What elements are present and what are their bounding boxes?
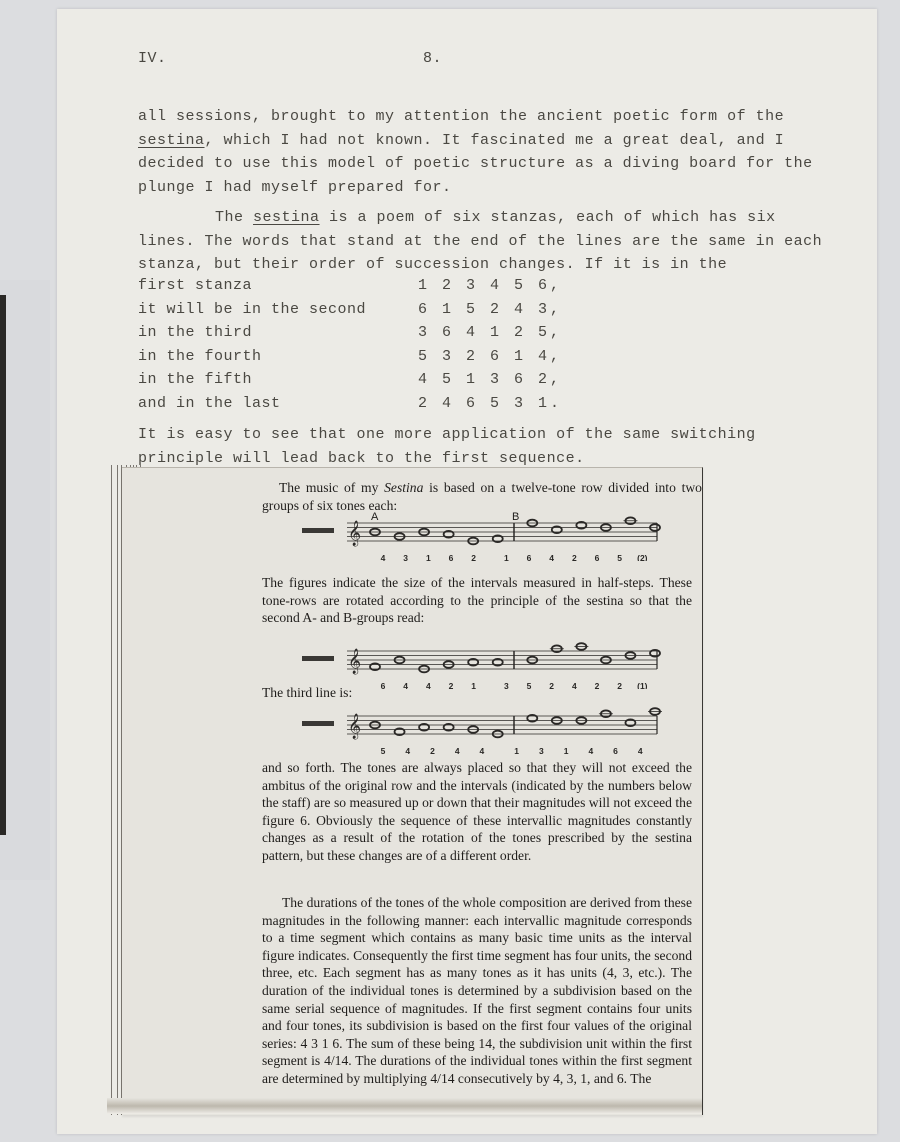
stanza-sequence: 4 5 1 3 6 2, bbox=[418, 371, 562, 388]
svg-text:6: 6 bbox=[527, 553, 532, 561]
svg-text:1: 1 bbox=[426, 553, 431, 561]
svg-text:𝄞: 𝄞 bbox=[348, 713, 361, 739]
stanza-label: in the fifth bbox=[138, 371, 252, 388]
svg-text:1: 1 bbox=[504, 553, 509, 561]
svg-text:6: 6 bbox=[449, 553, 454, 561]
svg-text:4: 4 bbox=[480, 746, 485, 754]
stanza-label: in the third bbox=[138, 324, 252, 341]
stanza-sequence: 6 1 5 2 4 3, bbox=[418, 301, 562, 318]
svg-text:2: 2 bbox=[430, 746, 435, 754]
stanza-label: it will be in the second bbox=[138, 301, 366, 318]
svg-text:B: B bbox=[512, 511, 519, 523]
underlined-term: sestina bbox=[253, 209, 320, 226]
svg-text:𝄞: 𝄞 bbox=[348, 648, 361, 674]
paragraph-text: The bbox=[215, 209, 253, 226]
stanza-sequence: 5 3 2 6 1 4, bbox=[418, 348, 562, 365]
stanza-sequence: 1 2 3 4 5 6, bbox=[418, 277, 562, 294]
third-line-label: The third line is: bbox=[262, 684, 692, 702]
svg-text:6: 6 bbox=[613, 746, 618, 754]
clipping-intro: The music of my Sestina is based on a tw… bbox=[262, 479, 702, 514]
svg-text:A: A bbox=[371, 511, 379, 523]
durations-text: The durations of the tones of the whole … bbox=[262, 895, 692, 1086]
intro-text: The music of my bbox=[262, 480, 384, 495]
svg-text:4: 4 bbox=[381, 553, 386, 561]
svg-text:4: 4 bbox=[588, 746, 593, 754]
background-surface bbox=[0, 280, 50, 880]
svg-text:1: 1 bbox=[514, 746, 519, 754]
clipping-durations-text: The durations of the tones of the whole … bbox=[262, 894, 692, 1088]
typed-paragraph-1: all sessions, brought to my attention th… bbox=[138, 105, 838, 199]
svg-text:6: 6 bbox=[595, 553, 600, 561]
typed-paragraph-2: The sestina is a poem of six stanzas, ea… bbox=[138, 206, 838, 277]
svg-text:𝄞: 𝄞 bbox=[348, 520, 361, 546]
music-example-3: 𝄞54244131464 bbox=[302, 704, 672, 754]
clipping-forth-text: and so forth. The tones are always place… bbox=[262, 759, 692, 865]
paragraph-text: , which I had not known. It fascinated m… bbox=[138, 132, 813, 196]
typed-paragraph-3: It is easy to see that one more applicat… bbox=[138, 423, 838, 470]
svg-text:2: 2 bbox=[471, 553, 476, 561]
music-example-2: 𝄞64421352422(1) bbox=[302, 639, 672, 689]
clipping-fold-shadow bbox=[107, 1098, 702, 1114]
svg-text:3: 3 bbox=[539, 746, 544, 754]
chapter-number: IV. bbox=[138, 50, 167, 67]
svg-text:1: 1 bbox=[564, 746, 569, 754]
svg-text:4: 4 bbox=[638, 746, 643, 754]
svg-text:(2): (2) bbox=[637, 553, 648, 561]
paragraph-text: all sessions, brought to my attention th… bbox=[138, 108, 784, 125]
svg-text:5: 5 bbox=[617, 553, 622, 561]
svg-text:5: 5 bbox=[381, 746, 386, 754]
stanza-sequence: 3 6 4 1 2 5, bbox=[418, 324, 562, 341]
svg-text:4: 4 bbox=[455, 746, 460, 754]
svg-text:4: 4 bbox=[549, 553, 554, 561]
stanza-label: and in the last bbox=[138, 395, 281, 412]
svg-text:4: 4 bbox=[405, 746, 410, 754]
music-example-1: 𝄞AB43162164265(2) bbox=[302, 511, 672, 561]
italic-title: Sestina bbox=[384, 480, 423, 495]
clipping-figures-text: The figures indicate the size of the int… bbox=[262, 574, 692, 627]
svg-text:3: 3 bbox=[403, 553, 408, 561]
printed-clipping: The music of my Sestina is based on a tw… bbox=[122, 467, 703, 1115]
stanza-sequence: 2 4 6 5 3 1. bbox=[418, 395, 562, 412]
stanza-label: in the fourth bbox=[138, 348, 262, 365]
background-dark-edge bbox=[0, 295, 6, 835]
underlined-term: sestina bbox=[138, 132, 205, 149]
svg-text:2: 2 bbox=[572, 553, 577, 561]
page-number: 8. bbox=[423, 50, 442, 67]
stanza-label: first stanza bbox=[138, 277, 252, 294]
